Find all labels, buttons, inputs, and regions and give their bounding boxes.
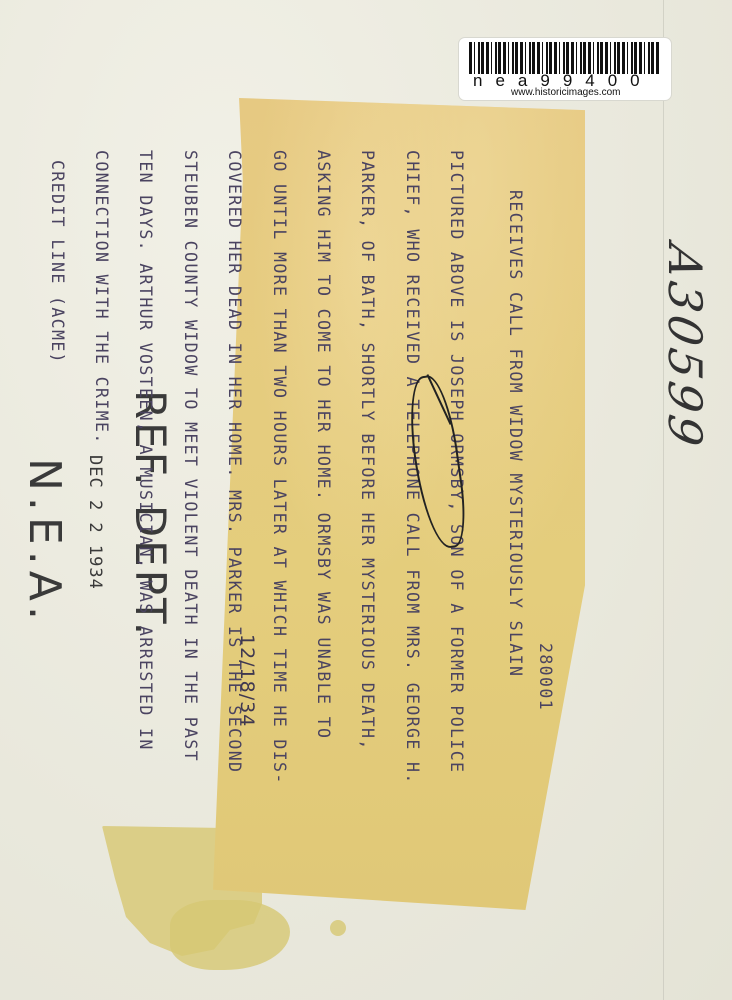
caption-credit: CREDIT LINE (ACME): [49, 150, 64, 785]
caption-line: TEN DAYS. ARTHUR VOSTEEN, A MUSICIAN, WA…: [138, 150, 153, 785]
caption-line: STEUBEN COUNTY WIDOW TO MEET VIOLENT DEA…: [182, 150, 197, 785]
caption-date: 12/18/34: [236, 634, 258, 727]
caption-line: PARKER, OF BATH, SHORTLY BEFORE HER MYST…: [360, 150, 375, 785]
caption-headline: RECEIVES CALL FROM WIDOW MYSTERIOUSLY SL…: [508, 150, 523, 785]
caption-number: 280001: [537, 643, 552, 711]
handwritten-catalog-number: A30599: [658, 240, 712, 453]
glue-drop: [330, 920, 346, 936]
caption-line: CONNECTION WITH THE CRIME.: [93, 150, 108, 785]
caption-line: ASKING HIM TO COME TO HER HOME. ORMSBY W…: [315, 150, 330, 785]
barcode-icon: [469, 42, 661, 74]
barcode-label: nea99400 www.historicimages.com: [459, 38, 671, 100]
barcode-url: www.historicimages.com: [511, 87, 620, 98]
caption-line: GO UNTIL MORE THAN TWO HOURS LATER AT WH…: [271, 150, 286, 785]
caption-text-block: RECEIVES CALL FROM WIDOW MYSTERIOUSLY SL…: [34, 150, 552, 785]
paper-crease: [663, 0, 664, 1000]
